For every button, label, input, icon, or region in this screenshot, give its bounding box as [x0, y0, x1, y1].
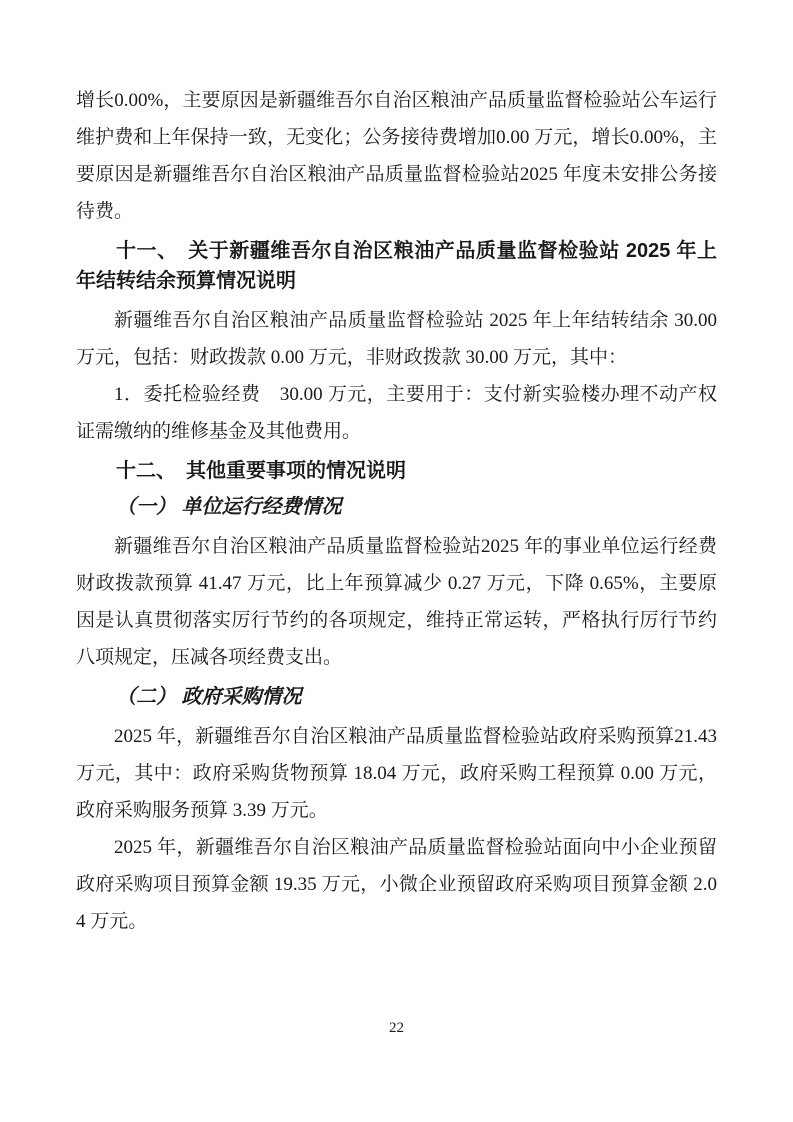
paragraph-sme-reserved-procurement: 2025 年，新疆维吾尔自治区粮油产品质量监督检验站面向中小企业预留政府采购项目…	[76, 829, 717, 940]
page-number: 22	[0, 1018, 793, 1038]
paragraph-operating-expenses: 新疆维吾尔自治区粮油产品质量监督检验站2025 年的事业单位运行经费财政拨款预算…	[76, 528, 717, 676]
document-page: 增长0.00%，主要原因是新疆维吾尔自治区粮油产品质量监督检验站公车运行维护费和…	[0, 0, 793, 1122]
document-content: 增长0.00%，主要原因是新疆维吾尔自治区粮油产品质量监督检验站公车运行维护费和…	[76, 82, 717, 940]
paragraph-entrusted-inspection-funds: 1．委托检验经费 30.00 万元，主要用于：支付新实验楼办理不动产权证需缴纳的…	[76, 376, 717, 450]
section-heading-11: 十一、 关于新疆维吾尔自治区粮油产品质量监督检验站 2025 年上年结转结余预算…	[76, 236, 717, 296]
section-heading-12: 十二、 其他重要事项的情况说明	[76, 456, 717, 486]
paragraph-carryover-summary: 新疆维吾尔自治区粮油产品质量监督检验站 2025 年上年结转结余 30.00 万…	[76, 302, 717, 376]
paragraph-continuation: 增长0.00%，主要原因是新疆维吾尔自治区粮油产品质量监督检验站公车运行维护费和…	[76, 82, 717, 230]
subsection-heading-operating-expenses: （一） 单位运行经费情况	[76, 492, 717, 522]
subsection-heading-government-procurement: （二） 政府采购情况	[76, 682, 717, 712]
paragraph-procurement-budget: 2025 年，新疆维吾尔自治区粮油产品质量监督检验站政府采购预算21.43 万元…	[76, 718, 717, 829]
